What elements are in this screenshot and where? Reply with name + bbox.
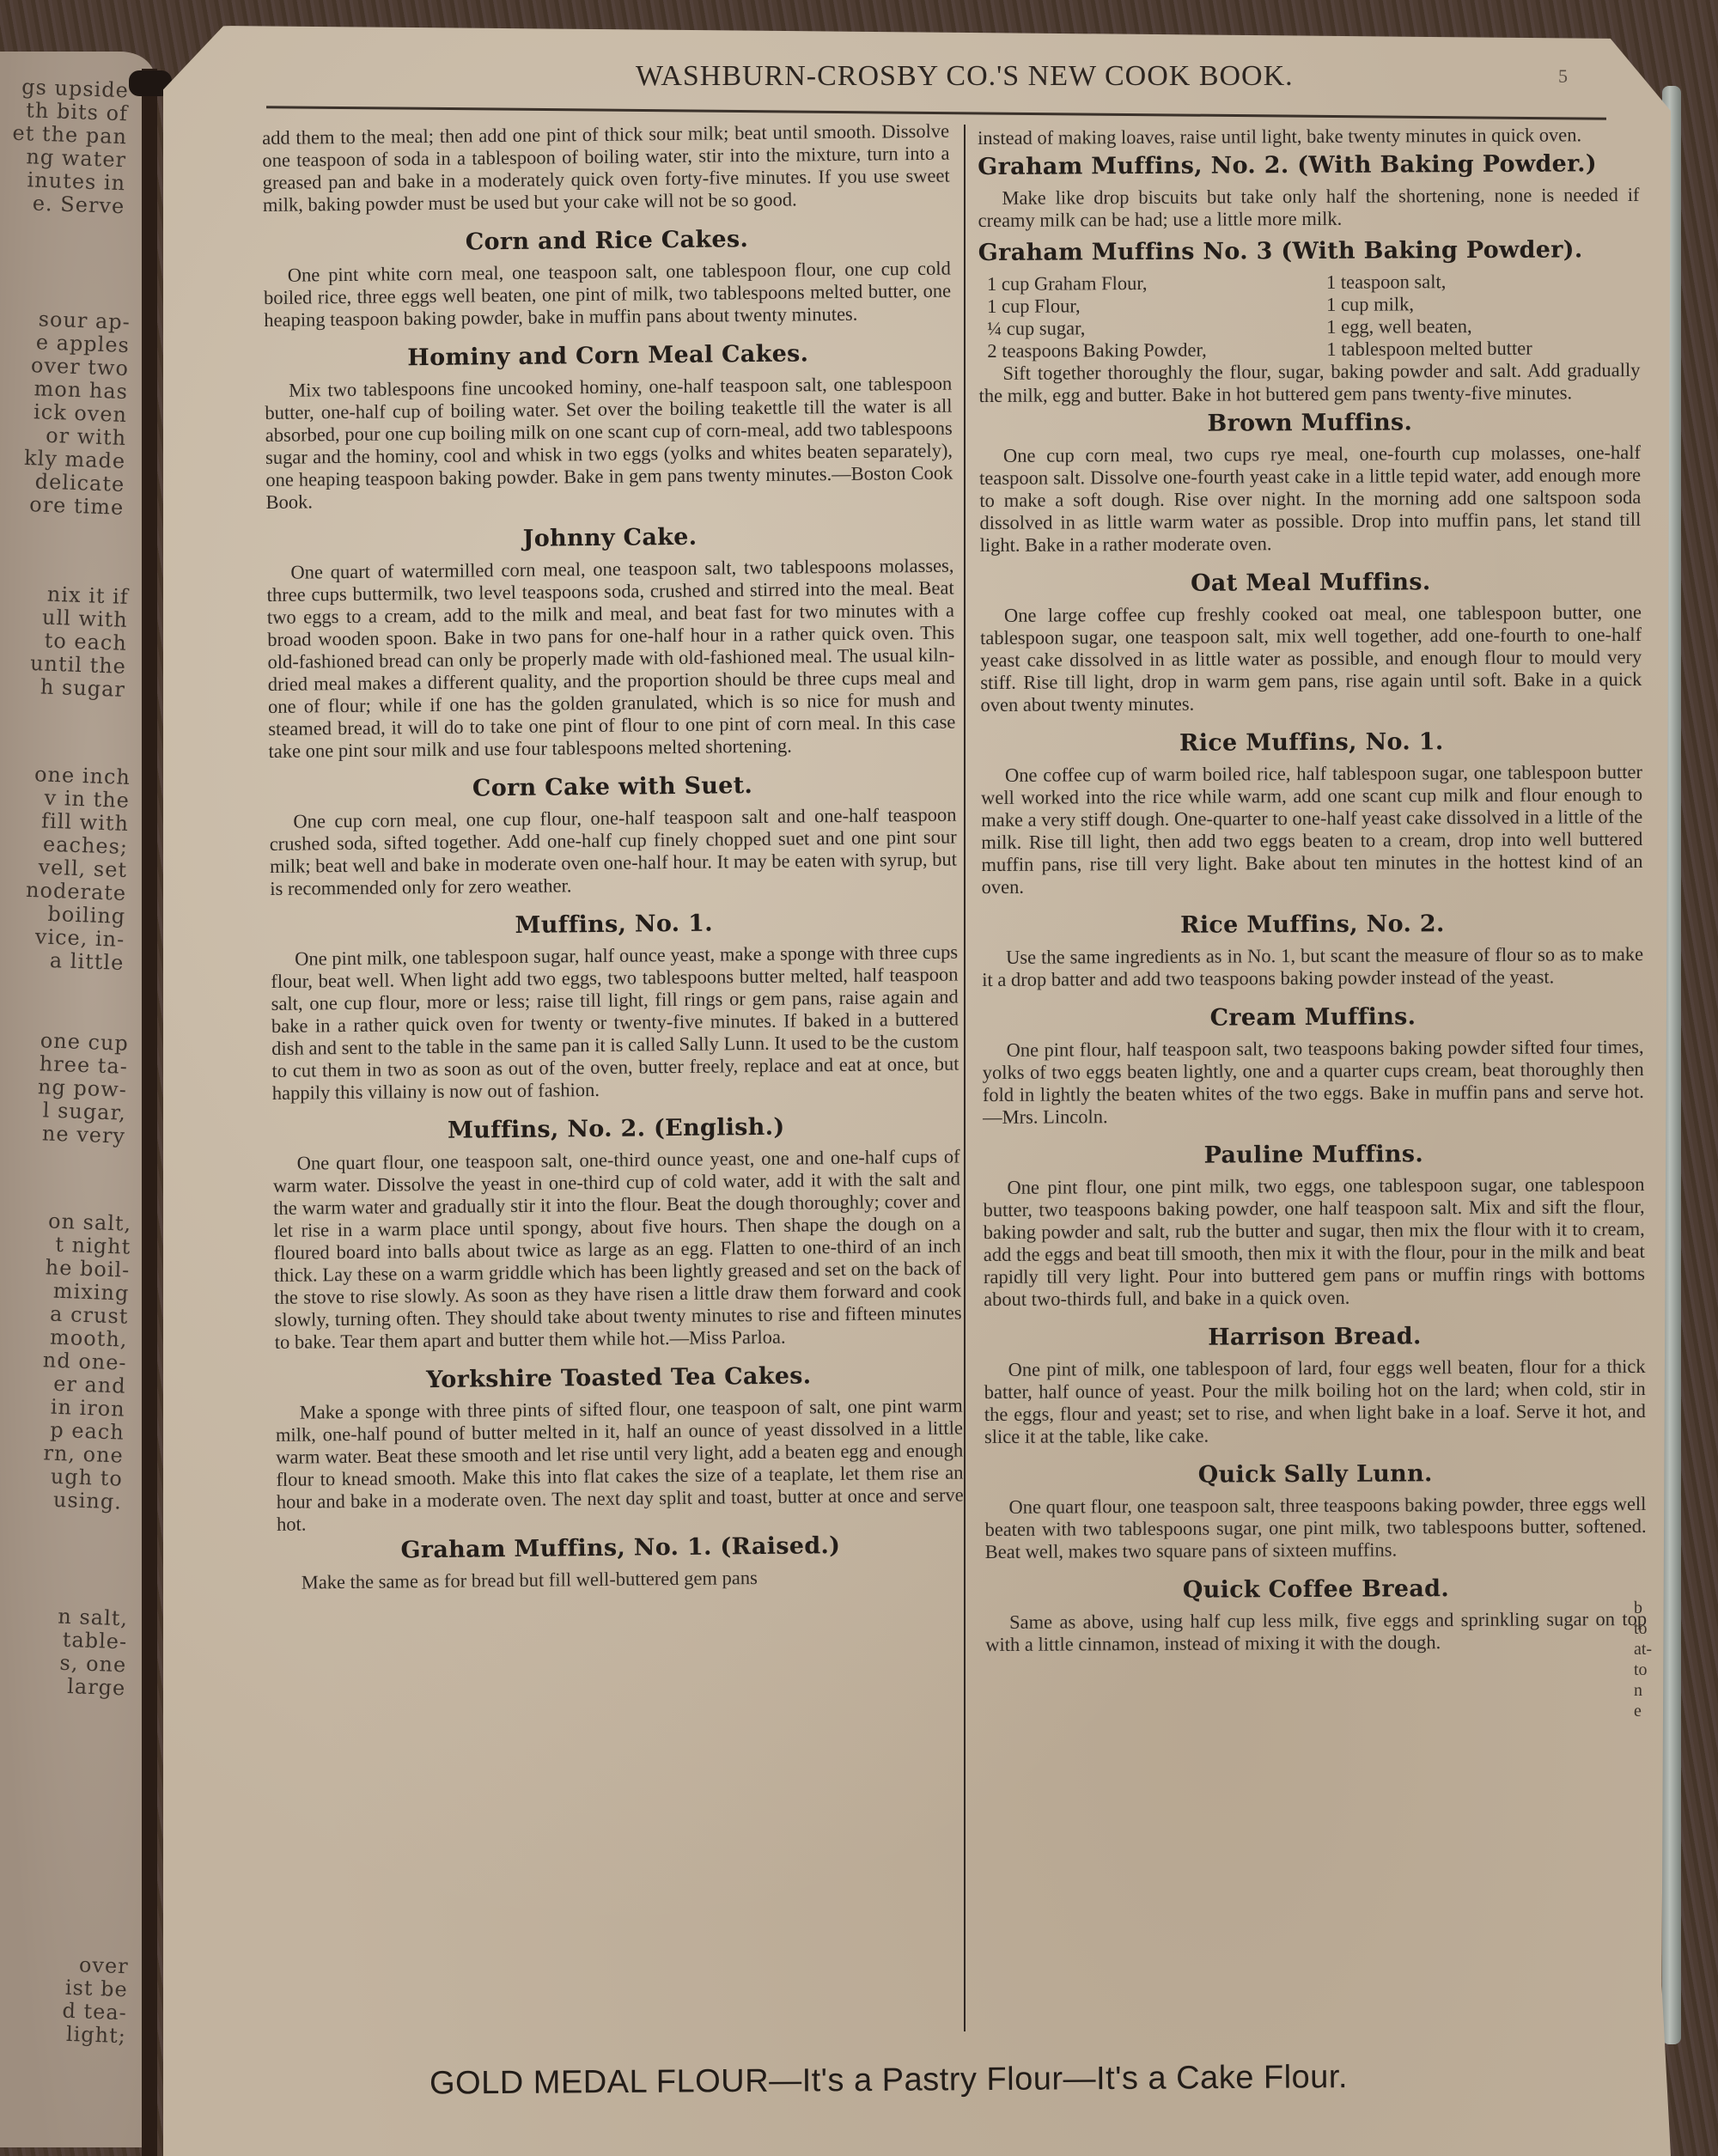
recipe-title: Quick Sally Lunn. [984, 1462, 1646, 1488]
recipe-body: Make the same as for bread but fill well… [277, 1565, 965, 1594]
recipe-title: Cream Muffins. [982, 1005, 1643, 1031]
left-page-text-fragment: overist bed tea-light; [61, 1953, 129, 2049]
recipe-title: Muffins, No. 2. (English.) [272, 1115, 960, 1144]
recipe-title: Corn and Rice Cakes. [263, 227, 950, 256]
ingredient-col: 1 teaspoon salt, 1 cup milk, 1 egg, well… [1326, 270, 1641, 361]
recipe-title: Harrison Bread. [984, 1325, 1645, 1350]
recipe-body: Make like drop biscuits but take only ha… [978, 184, 1639, 232]
ingredient-col: 1 cup Graham Flour, 1 cup Flour, ¼ cup s… [987, 271, 1301, 362]
recipe: Johnny Cake.One quart of watermilled cor… [266, 524, 956, 763]
fragment-line: n salt, [58, 1605, 129, 1631]
recipe: Muffins, No. 1.One pint milk, one tables… [271, 911, 960, 1105]
fragment: to [1634, 1618, 1656, 1639]
fragment-line: ore time [22, 493, 125, 520]
fragment-line: vice, in- [24, 925, 125, 952]
ingredient: 1 egg, well beaten, [1326, 314, 1640, 338]
recipe-title: Johnny Cake. [266, 524, 953, 553]
running-head: WASHBURN-CROSBY CO.'S NEW COOK BOOK. [636, 60, 1538, 93]
recipe-title: Yorkshire Toasted Tea Cakes. [275, 1364, 962, 1393]
fragment-line: h sugar [29, 675, 126, 702]
recipe-body: One pint white corn meal, one teaspoon s… [264, 258, 952, 332]
recipe-body: One pint flour, half teaspoon salt, two … [983, 1036, 1645, 1129]
recipe: Brown Muffins.One cup corn meal, two cup… [979, 411, 1642, 557]
recipe-body: One large coffee cup freshly cooked oat … [980, 601, 1642, 716]
recipe-body: One quart flour, one teaspoon salt, one-… [273, 1146, 962, 1354]
left-page-text-fragment: one inchv in thefill witheaches;vell, se… [23, 763, 131, 975]
ingredient: 1 cup Graham Flour, [987, 271, 1301, 295]
fragment: n [1634, 1680, 1656, 1701]
fragment-line: inutes in [11, 168, 126, 196]
recipe: Yorkshire Toasted Tea Cakes.Make a spong… [275, 1364, 964, 1536]
recipe-title: Brown Muffins. [979, 411, 1641, 436]
left-page-text-fragment: n salt,table-s, onelarge [55, 1605, 128, 1701]
fragment-line: large [55, 1675, 126, 1701]
recipe-body: Same as above, using half cup less milk,… [985, 1608, 1647, 1656]
recipe: Pauline Muffins.One pint flour, one pint… [983, 1142, 1645, 1311]
recipe-body: Mix two tablespoons fine uncooked hominy… [265, 373, 953, 514]
continued-text: instead of making loaves, raise until li… [978, 124, 1639, 149]
recipe: Graham Muffins, No. 2. (With Baking Powd… [978, 153, 1639, 232]
recipe: Cream Muffins.One pint flour, half teasp… [982, 1005, 1644, 1129]
left-page-text-fragment: nix it ifull withto eachuntil theh sugar [29, 582, 129, 702]
recipe-title: Rice Muffins, No. 1. [981, 730, 1642, 756]
left-page-text-fragment: on salt,t nighthe boil-mixinga crustmoot… [37, 1209, 132, 1513]
recipe-title: Graham Muffins No. 3 (With Baking Powder… [978, 239, 1640, 265]
left-page-text-fragment: gs upsideth bits ofet the panng waterinu… [10, 76, 130, 219]
recipe-body: Sift together thoroughly the flour, suga… [978, 359, 1640, 407]
cookbook-page: WASHBURN-CROSBY CO.'S NEW COOK BOOK. 5 a… [163, 26, 1671, 2156]
recipe: Muffins, No. 2. (English.)One quart flou… [272, 1115, 962, 1354]
right-column: instead of making loaves, raise until li… [978, 124, 1647, 1660]
recipe-title: Quick Coffee Bread. [985, 1577, 1647, 1603]
fragment-line: d tea- [62, 2000, 127, 2025]
recipe-title: Corn Cake with Suet. [269, 773, 956, 802]
fragment-line: over [64, 1953, 129, 1979]
recipe-body: One pint flour, one pint milk, two eggs,… [983, 1173, 1645, 1311]
ingredient: 1 cup milk, [1326, 292, 1640, 316]
recipe-title: Graham Muffins, No. 1. (Raised.) [277, 1534, 964, 1563]
recipe: Oat Meal Muffins.One large coffee cup fr… [980, 570, 1642, 716]
recipe: Rice Muffins, No. 2.Use the same ingredi… [982, 912, 1643, 991]
recipe-title: Oat Meal Muffins. [980, 570, 1642, 596]
recipe: Quick Coffee Bread.Same as above, using … [985, 1577, 1647, 1656]
recipe: Corn and Rice Cakes.One pint white corn … [263, 227, 951, 332]
fragment: to [1634, 1660, 1656, 1680]
recipe-title: Rice Muffins, No. 2. [982, 912, 1643, 938]
fragment-line: ist be [63, 1976, 128, 2002]
book-gutter [142, 69, 157, 2156]
recipe: Graham Muffins No. 3 (With Baking Powder… [978, 239, 1641, 407]
fragment-line: ne very [36, 1122, 126, 1148]
torn-edge-fragments: b to at- to n e [1634, 1598, 1656, 1721]
ingredient: 1 cup Flour, [987, 294, 1301, 318]
fragment: at- [1634, 1639, 1656, 1660]
fragment-line: ugh to [38, 1465, 123, 1490]
fragment-line: s, one [56, 1652, 127, 1678]
ingredient: ¼ cup sugar, [987, 316, 1301, 340]
left-page-text-fragment: sour ap-e applesover twomon hasick oveno… [22, 308, 131, 520]
fragment-line: ick oven [26, 400, 128, 427]
recipe-body: One quart flour, one teaspoon salt, thre… [984, 1493, 1646, 1563]
recipe: Rice Muffins, No. 1.One coffee cup of wa… [981, 730, 1643, 898]
left-page-text-fragment: one cuphree ta-ng pow-l sugar,ne very [36, 1029, 130, 1148]
recipe-body: One quart of watermilled corn meal, one … [266, 555, 955, 763]
fragment-line: e. Serve [10, 192, 125, 219]
header-rule [266, 106, 1606, 120]
recipe-title: Graham Muffins, No. 2. (With Baking Powd… [978, 153, 1639, 179]
left-column: add them to the meal; then add one pint … [262, 120, 965, 1598]
recipe-body: Make a sponge with three pints of sifted… [276, 1395, 965, 1536]
recipe-body: One coffee cup of warm boiled rice, half… [981, 761, 1643, 898]
recipe: Quick Sally Lunn.One quart flour, one te… [984, 1462, 1647, 1563]
recipe-body: Use the same ingredients as in No. 1, bu… [982, 943, 1643, 991]
recipe-title: Pauline Muffins. [983, 1142, 1644, 1168]
recipe: Harrison Bread.One pint of milk, one tab… [984, 1325, 1646, 1448]
fragment-line: a little [23, 948, 125, 975]
ingredient-list: 1 cup Graham Flour, 1 cup Flour, ¼ cup s… [978, 270, 1641, 362]
column-divider [964, 125, 966, 2031]
adjacent-left-page: gs upsideth bits ofet the panng waterinu… [0, 52, 155, 2147]
recipe-body: One pint of milk, one tablespoon of lard… [984, 1355, 1647, 1448]
recipe-body: One cup corn meal, one cup flour, one-ha… [269, 804, 957, 900]
recipe-body: One cup corn meal, two cups rye meal, on… [979, 442, 1642, 557]
recipe-title: Muffins, No. 1. [271, 911, 958, 940]
fragment: e [1634, 1701, 1656, 1721]
recipe: Corn Cake with Suet.One cup corn meal, o… [269, 773, 957, 900]
ingredient: 2 teaspoons Baking Powder, [987, 338, 1301, 362]
recipe: Hominy and Corn Meal Cakes.Mix two table… [265, 342, 953, 514]
fragment-line: noderate [26, 879, 127, 905]
fragment-line: using. [37, 1488, 122, 1513]
continued-text: add them to the meal; then add one pint … [262, 120, 950, 216]
recipe: Graham Muffins, No. 1. (Raised.)Make the… [277, 1534, 965, 1594]
ingredient: 1 tablespoon melted butter [1326, 337, 1640, 361]
fragment-line: light; [61, 2023, 126, 2049]
fragment: b [1634, 1598, 1656, 1618]
recipe-body: One pint milk, one tablespoon sugar, hal… [271, 941, 960, 1105]
footer-advertisement: GOLD MEDAL FLOUR—It's a Pastry Flour—It'… [429, 2057, 1546, 2102]
recipe-title: Hominy and Corn Meal Cakes. [265, 342, 952, 371]
page-number: 5 [1558, 65, 1568, 88]
ingredient: 1 teaspoon salt, [1326, 270, 1640, 294]
fragment-line: table- [57, 1629, 128, 1654]
